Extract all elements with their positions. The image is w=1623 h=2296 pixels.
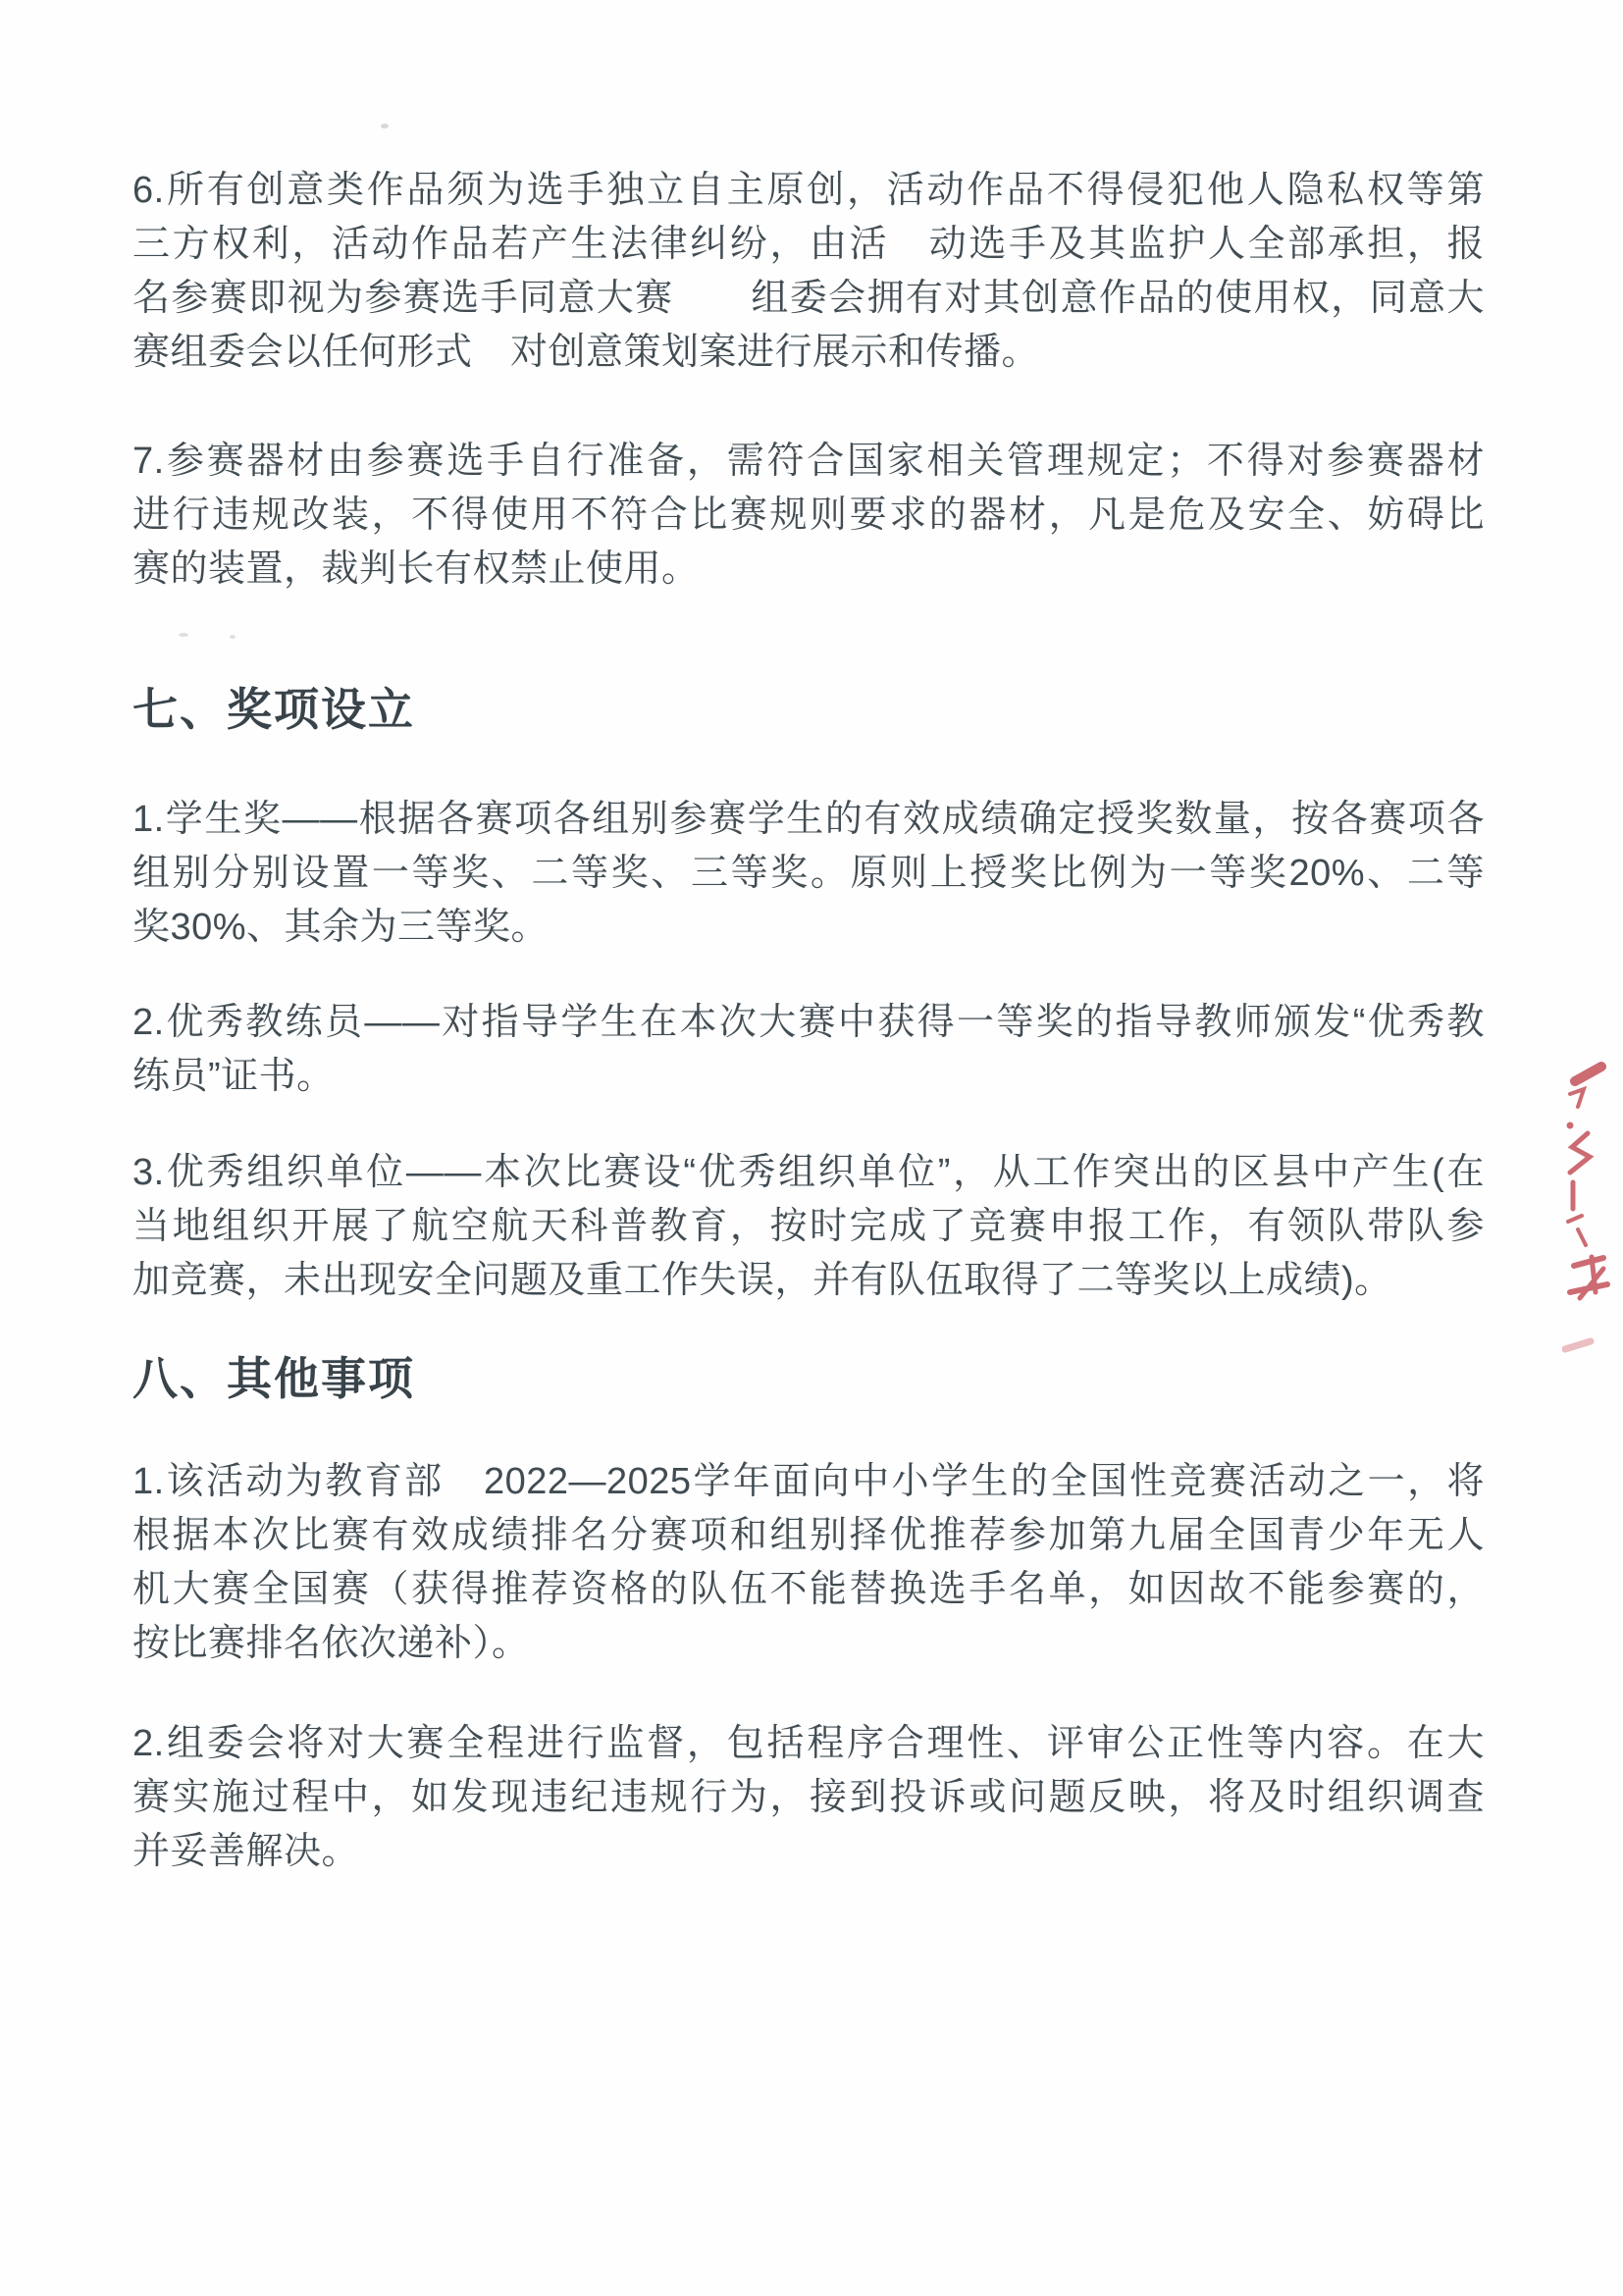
- other-matters-2-paragraph: 2.组委会将对大赛全程进行监督，包括程序合理性、评审公正性等内容。在大 赛实施过…: [132, 1717, 1485, 1879]
- text-line: 1.学生奖——根据各赛项各组别参赛学生的有效成绩确定授奖数量，按各赛项各: [132, 793, 1485, 847]
- scanned-document-page: 6.所有创意类作品须为选手独立自主原创，活动作品不得侵犯他人隐私权等第 三方权利…: [0, 0, 1623, 2296]
- scan-speck: [179, 633, 188, 637]
- text-line: 3.优秀组织单位——本次比赛设“优秀组织单位”，从工作突出的区县中产生(在: [132, 1146, 1485, 1200]
- text-line: 并妥善解决。: [132, 1825, 1485, 1879]
- award-students-paragraph: 1.学生奖——根据各赛项各组别参赛学生的有效成绩确定授奖数量，按各赛项各 组别分…: [132, 793, 1485, 955]
- text-line: 按比赛排名依次递补）。: [132, 1617, 1485, 1671]
- award-organizations-paragraph: 3.优秀组织单位——本次比赛设“优秀组织单位”，从工作突出的区县中产生(在 当地…: [132, 1146, 1485, 1308]
- text-line: 赛实施过程中，如发现违纪违规行为，接到投诉或问题反映，将及时组织调查: [132, 1771, 1485, 1825]
- section-heading-awards: 七、奖项设立: [132, 681, 415, 738]
- text-line: 加竞赛，未出现安全问题及重工作失误，并有队伍取得了二等奖以上成绩)。: [132, 1254, 1485, 1308]
- text-line: 1.该活动为教育部 2022—2025学年面向中小学生的全国性竞赛活动之一，将: [132, 1455, 1485, 1509]
- text-line: 进行违规改装，不得使用不符合比赛规则要求的器材，凡是危及安全、妨碍比: [132, 489, 1485, 543]
- text-line: 组别分别设置一等奖、二等奖、三等奖。原则上授奖比例为一等奖20%、二等: [132, 847, 1485, 901]
- red-ink-annotation: [1562, 1055, 1623, 1388]
- award-coaches-paragraph: 2.优秀教练员——对指导学生在本次大赛中获得一等奖的指导教师颁发“优秀教 练员”…: [132, 996, 1485, 1104]
- text-line: 机大赛全国赛（获得推荐资格的队伍不能替换选手名单，如因故不能参赛的，: [132, 1563, 1485, 1617]
- text-line: 名参赛即视为参赛选手同意大赛 组委会拥有对其创意作品的使用权，同意大: [132, 272, 1485, 326]
- section-heading-other: 八、其他事项: [132, 1350, 415, 1407]
- text-line: 练员”证书。: [132, 1050, 1485, 1104]
- clause-7-paragraph: 7.参赛器材由参赛选手自行准备，需符合国家相关管理规定；不得对参赛器材 进行违规…: [132, 435, 1485, 597]
- text-line: 6.所有创意类作品须为选手独立自主原创，活动作品不得侵犯他人隐私权等第: [132, 164, 1485, 218]
- text-line: 当地组织开展了航空航天科普教育，按时完成了竞赛申报工作，有领队带队参: [132, 1200, 1485, 1254]
- text-line: 7.参赛器材由参赛选手自行准备，需符合国家相关管理规定；不得对参赛器材: [132, 435, 1485, 489]
- clause-6-paragraph: 6.所有创意类作品须为选手独立自主原创，活动作品不得侵犯他人隐私权等第 三方权利…: [132, 164, 1485, 380]
- text-line: 2.组委会将对大赛全程进行监督，包括程序合理性、评审公正性等内容。在大: [132, 1717, 1485, 1771]
- text-line: 2.优秀教练员——对指导学生在本次大赛中获得一等奖的指导教师颁发“优秀教: [132, 996, 1485, 1050]
- scan-speck: [381, 124, 389, 129]
- text-line: 赛组委会以任何形式 对创意策划案进行展示和传播。: [132, 326, 1485, 380]
- other-matters-1-paragraph: 1.该活动为教育部 2022—2025学年面向中小学生的全国性竞赛活动之一，将 …: [132, 1455, 1485, 1671]
- text-line: 赛的装置，裁判长有权禁止使用。: [132, 543, 1485, 597]
- text-line: 三方权利，活动作品若产生法律纠纷，由活 动选手及其监护人全部承担，报: [132, 218, 1485, 272]
- text-line: 奖30%、其余为三等奖。: [132, 901, 1485, 955]
- text-line: 根据本次比赛有效成绩排名分赛项和组别择优推荐参加第九届全国青少年无人: [132, 1509, 1485, 1563]
- scan-speck: [230, 635, 236, 639]
